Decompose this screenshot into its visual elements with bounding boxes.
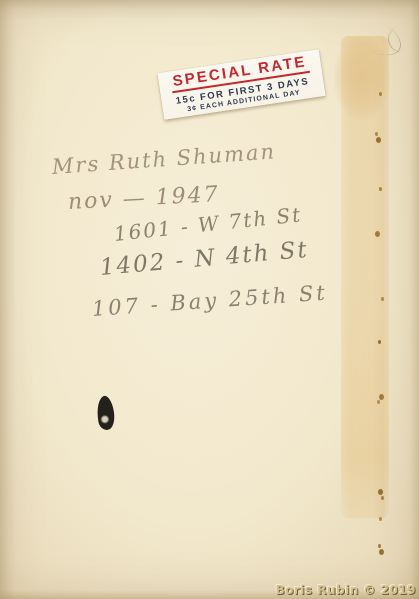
book-endpaper-photo: SPECIAL RATE 15c FOR FIRST 3 DAYS 3¢ EAC… — [0, 0, 419, 599]
photographer-watermark: Boris Rubin © 2019 — [275, 583, 416, 597]
foxing-speckles — [379, 92, 382, 96]
